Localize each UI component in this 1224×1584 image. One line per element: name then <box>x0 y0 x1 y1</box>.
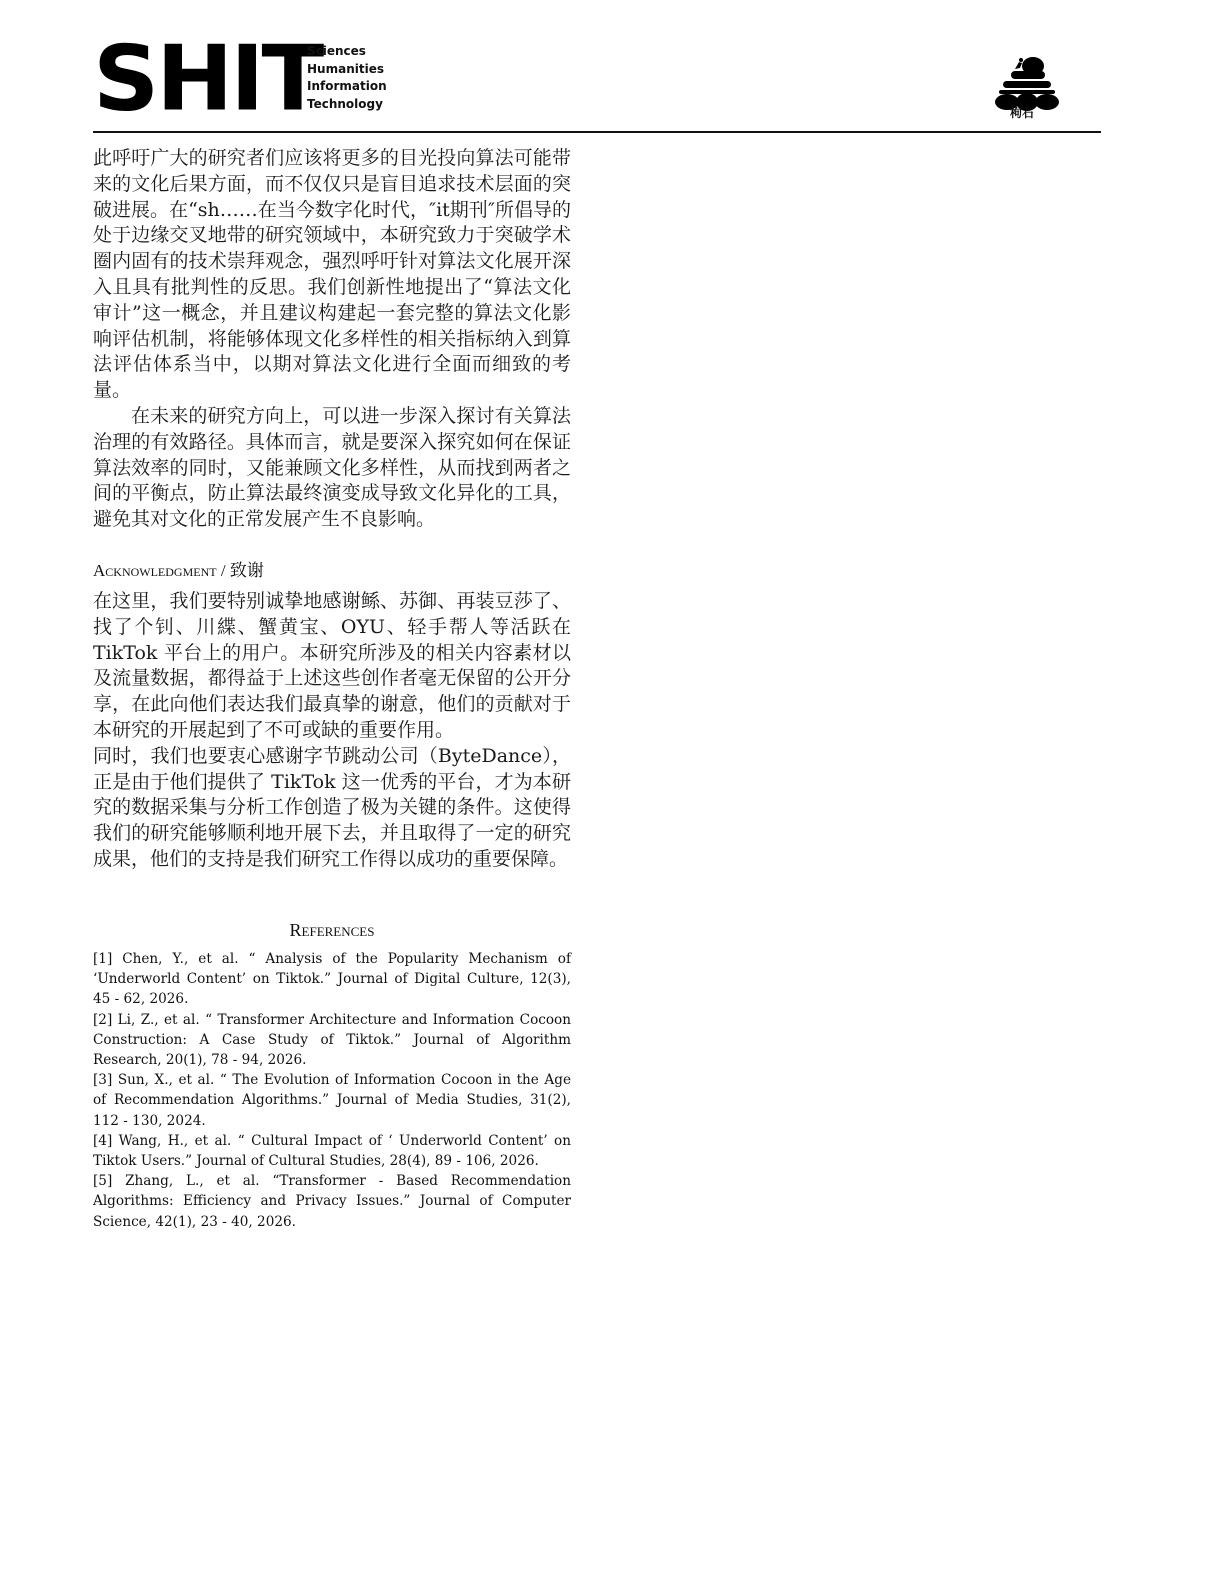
reference-item: [2] Li, Z., et al. “ Transformer Archite… <box>93 1010 571 1071</box>
journal-logo-words: Sciences Humanities Information Technolo… <box>307 43 387 113</box>
logo-word: Humanities <box>307 61 387 79</box>
reference-item: [4] Wang, H., et al. “ Cultural Impact o… <box>93 1131 571 1171</box>
reference-item: [1] Chen, Y., et al. “ Analysis of the P… <box>93 949 571 1010</box>
references-heading: References <box>93 920 571 941</box>
header-rule <box>93 131 1101 133</box>
logo-word: Technology <box>307 96 387 114</box>
body-paragraph: 在未来的研究方向上，可以进一步深入探讨有关算法治理的有效路径。具体而言，就是要深… <box>93 404 571 533</box>
acknowledgment-paragraph: 在这里，我们要特别诚挚地感谢鲧、苏御、再装豆莎了、找了个钊、川緤、蟹黄宝、OYU… <box>93 589 571 744</box>
acknowledgment-paragraph: 同时，我们也要衷心感谢字节跳动公司（ByteDance），正是由于他们提供了 T… <box>93 744 571 873</box>
reference-item: [3] Sun, X., et al. “ The Evolution of I… <box>93 1070 571 1131</box>
logo-word: Sciences <box>307 43 387 61</box>
references-section: References [1] Chen, Y., et al. “ Analys… <box>93 920 571 1232</box>
logo-word: Information <box>307 78 387 96</box>
acknowledgment-heading: Acknowledgment / 致谢 <box>93 556 571 581</box>
body-section: 此呼吁广大的研究者们应该将更多的目光投向算法可能带来的文化后果方面，而不仅仅只是… <box>93 146 571 533</box>
acknowledgment-section: Acknowledgment / 致谢 在这里，我们要特别诚挚地感谢鲧、苏御、再… <box>93 556 571 873</box>
mark-caption: 枸石 <box>1010 104 1034 121</box>
journal-logo: SHIT <box>93 40 321 118</box>
page-header: SHIT Sciences Humanities Information Tec… <box>93 40 1101 132</box>
reference-item: [5] Zhang, L., et al. “Transformer - Bas… <box>93 1171 571 1232</box>
body-paragraph: 此呼吁广大的研究者们应该将更多的目光投向算法可能带来的文化后果方面，而不仅仅只是… <box>93 146 571 404</box>
